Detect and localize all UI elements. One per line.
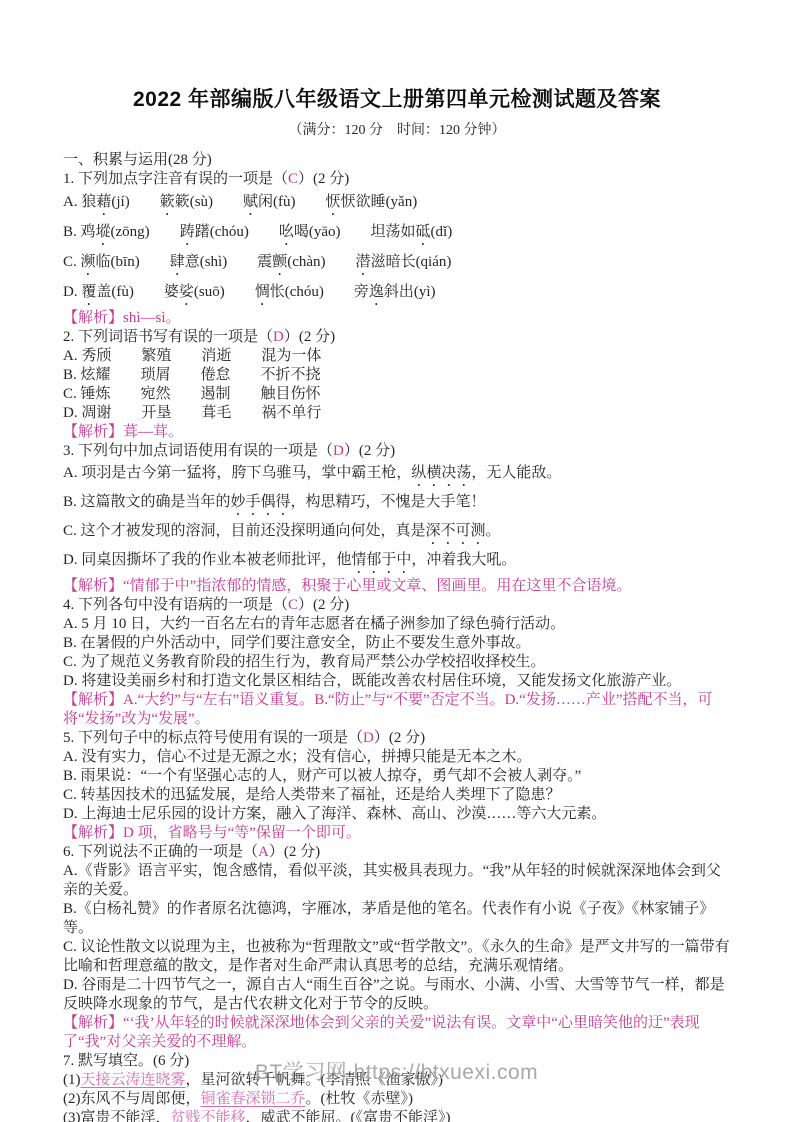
analysis-line: 【解析】葺—茸。 xyxy=(63,423,731,442)
text-segment: 。 xyxy=(486,523,501,539)
dotted-term: 惆 xyxy=(255,284,270,300)
analysis-text: 【解析】shì—sì。 xyxy=(63,310,181,326)
analysis-text: 【解析】A.“大约”与“左右”语义重复。B.“防止”与“不要”否定不当。D.“发… xyxy=(63,692,713,727)
answer-letter: C xyxy=(288,171,298,187)
text-segment: C. 这个才被发现的溶洞，目前还没探明通向何处，真是 xyxy=(63,523,426,539)
text-segment: C. 为了规范义务教育阶段的招生行为，教育局严禁公办学校招收择校生。 xyxy=(63,654,546,670)
option-row: C. 转基因技术的迅猛发展，是给人类带来了福祉，还是给人类埋下了隐患？ xyxy=(63,786,731,805)
text-segment: A.《背影》语言平实，饱含感情，看似平淡，其实极具表现力。“我”从年轻的时候就深… xyxy=(63,863,721,898)
option-row: B. 在暑假的户外活动中，同学们要注意安全，防止不要发生意外事故。 xyxy=(63,634,731,653)
analysis-line: 【解析】shì—sì。 xyxy=(63,309,731,328)
text-segment: (dǐ) xyxy=(431,224,453,240)
text-segment: ）(2 分) xyxy=(284,329,335,345)
answer-letter: D xyxy=(363,730,374,746)
text-segment: 盖(fù) 婆 xyxy=(96,284,179,300)
option-row: C. 濒临(bīn) 肆意(shì) 震颤(chàn) 潜滋暗长(qián) xyxy=(63,249,731,279)
text-segment: A. 秀颀 繁殖 消逝 混为一体 xyxy=(63,348,321,364)
text-segment: 2. 下列词语书写有误的一项是（ xyxy=(63,329,273,345)
question-stem: 3. 下列句中加点词语使用有误的一项是（D）(2 分) xyxy=(63,442,731,461)
dotted-term: 砥 xyxy=(416,224,431,240)
dotted-term: 藉 xyxy=(96,194,111,210)
text-segment: (3)富贵不能淫， xyxy=(63,1110,171,1122)
text-segment: C. 锤炼 宛然 遏制 触目伤怀 xyxy=(63,386,321,402)
text-segment: 喝(yāo) 坦荡如 xyxy=(294,224,416,240)
text-segment: A. 没有实力，信心不过是无源之水；没有信心，拼搏只能是无本之木。 xyxy=(63,749,531,765)
text-segment: 。(杜牧《赤壁》) xyxy=(306,1091,414,1107)
option-row: D. 谷雨是二十四节气之一，源自古人“雨生百谷”之说。与雨水、小满、小雪、大雪等… xyxy=(63,976,731,1014)
text-segment: D. 谷雨是二十四节气之一，源自古人“雨生百谷”之说。与雨水、小满、小雪、大雪等… xyxy=(63,977,725,1012)
text-segment: B. 炫耀 琐屑 倦怠 不折不挠 xyxy=(63,367,321,383)
text-segment: D. 上海迪士尼乐园的设计方案，融入了海洋、森林、高山、沙漠……等六大元素。 xyxy=(63,806,606,822)
text-segment: ）(2 分) xyxy=(298,597,349,613)
text-segment: D. xyxy=(63,284,81,300)
text-segment: (jí) xyxy=(111,194,159,210)
text-segment: 4. 下列各句中没有语病的一项是（ xyxy=(63,597,288,613)
text-segment: ）(2 分) xyxy=(344,443,395,459)
dotted-term: 㙡 xyxy=(96,224,111,240)
option-row: D. 覆盖(fù) 婆娑(suō) 惆怅(chóu) 旁逸斜出(yì) xyxy=(63,279,731,309)
dotted-term: 踌 xyxy=(180,224,195,240)
text-segment: (zōng) xyxy=(111,224,180,240)
watermark-text: BT学习网 https://btxuexi.com xyxy=(255,1061,538,1084)
option-row: C. 为了规范义务教育阶段的招生行为，教育局严禁公办学校招收择校生。 xyxy=(63,653,731,672)
option-row: A. 秀颀 繁殖 消逝 混为一体 xyxy=(63,347,731,366)
text-segment: ，无人能敌。 xyxy=(471,465,561,481)
dotted-term: 潜 xyxy=(356,254,371,270)
text-segment: ，构思精巧，不愧是大手笔！ xyxy=(291,494,486,510)
text-segment: 1. 下列加点字注音有误的一项是（ xyxy=(63,171,288,187)
text-segment: 临(bīn) xyxy=(96,254,170,270)
dotted-term: 深不可测 xyxy=(426,523,486,539)
text-segment: 一、积累与运用(28 分) xyxy=(63,152,212,168)
text-segment: A. 狼 xyxy=(63,194,96,210)
option-row: C. 这个才被发现的溶洞，目前还没探明通向何处，真是深不可测。 xyxy=(63,519,731,548)
analysis-text: 【解析】葺—茸。 xyxy=(63,424,183,440)
option-row: C. 议论性散文以说理为主，也被称为“哲理散文”或“哲学散文”。《永久的生命》是… xyxy=(63,938,731,976)
text-segment: 闲(fù) xyxy=(258,194,326,210)
option-row: B. 炫耀 琐屑 倦怠 不折不挠 xyxy=(63,366,731,385)
option-row: D. 上海迪士尼乐园的设计方案，融入了海洋、森林、高山、沙漠……等六大元素。 xyxy=(63,805,731,824)
fill-blank-line: (3)富贵不能淫，贫贱不能移，威武不能屈。(《富贵不能淫》) xyxy=(63,1109,731,1122)
text-segment: 意(shì) 震 xyxy=(185,254,273,270)
text-segment: 斜出(yì) xyxy=(384,284,436,300)
blank-answer: 贫贱不能移 xyxy=(171,1110,246,1122)
option-row: A. 没有实力，信心不过是无源之水；没有信心，拼搏只能是无本之木。 xyxy=(63,748,731,767)
text-segment: 躇(chóu) xyxy=(195,224,279,240)
document-page: 2022 年部编版八年级语文上册第四单元检测试题及答案 （满分：120 分 时间… xyxy=(0,0,793,1122)
dotted-term: 纵横决荡 xyxy=(411,465,471,481)
dotted-term: 娑 xyxy=(179,284,194,300)
text-segment: ）(2 分) xyxy=(298,171,349,187)
fill-blank-line: (2)东风不与周郎便，铜雀春深锁二乔。(杜牧《赤壁》) xyxy=(63,1090,731,1109)
text-segment: 怅(chóu) 旁 xyxy=(270,284,369,300)
section-heading: 一、积累与运用(28 分) xyxy=(63,151,731,170)
text-segment: (chàn) xyxy=(287,254,355,270)
dotted-term: 情郁于中 xyxy=(351,552,411,568)
option-row: B. 雨果说：“一个有坚强心志的人，财产可以被人掠夺，勇气却不会被人剥夺。” xyxy=(63,767,731,786)
text-segment: 3. 下列句中加点词语使用有误的一项是（ xyxy=(63,443,333,459)
text-segment: ）(2 分) xyxy=(269,844,320,860)
text-segment: B. 鸡 xyxy=(63,224,96,240)
text-segment: B. 雨果说：“一个有坚强心志的人，财产可以被人掠夺，勇气却不会被人剥夺。” xyxy=(63,768,581,784)
dotted-term: 逸 xyxy=(369,284,384,300)
question-stem: 4. 下列各句中没有语病的一项是（C）(2 分) xyxy=(63,596,731,615)
analysis-line: 【解析】“‘我’从年轻的时候就深深地体会到父亲的关爱”说法有误。文章中“心里暗笑… xyxy=(63,1014,731,1052)
option-row: B.《白杨礼赞》的作者原名沈德鸿，字雁冰，茅盾是他的笔名。代表作有小说《子夜》《… xyxy=(63,900,731,938)
analysis-text: 【解析】D 项，省略号与“等”保留一个即可。 xyxy=(63,825,361,841)
text-segment: B. 在暑假的户外活动中，同学们要注意安全，防止不要发生意外事故。 xyxy=(63,635,531,651)
dotted-term: 簌 xyxy=(160,194,175,210)
text-segment: C. xyxy=(63,254,81,270)
dotted-term: 覆 xyxy=(81,284,96,300)
dotted-term: 濒 xyxy=(81,254,96,270)
text-segment: D. 将建设美丽乡村和打造文化景区相结合，既能改善农村居住环境，又能发扬文化旅游… xyxy=(63,673,681,689)
question-stem: 5. 下列句子中的标点符号使用有误的一项是（D）(2 分) xyxy=(63,729,731,748)
text-segment: 6. 下列说法不正确的一项是（ xyxy=(63,844,258,860)
option-row: D. 凋谢 开垦 葺毛 祸不单行 xyxy=(63,404,731,423)
option-row: B. 这篇散文的确是当年的妙手偶得，构思精巧，不愧是大手笔！ xyxy=(63,490,731,519)
text-segment: 5. 下列句子中的标点符号使用有误的一项是（ xyxy=(63,730,363,746)
dotted-term: 赋 xyxy=(243,194,258,210)
analysis-line: 【解析】“情郁于中”指浓郁的情感，积聚于心里或文章、图画里。用在这里不合语境。 xyxy=(63,577,731,596)
option-row: A. 项羽是古今第一猛将，胯下乌骓马，掌中霸王枪，纵横决荡，无人能敌。 xyxy=(63,461,731,490)
text-segment: 滋暗长(qián) xyxy=(371,254,452,270)
dotted-term: 吆 xyxy=(279,224,294,240)
analysis-text: 【解析】“‘我’从年轻的时候就深深地体会到父亲的关爱”说法有误。文章中“心里暗笑… xyxy=(63,1015,700,1050)
text-segment: A. 项羽是古今第一猛将，胯下乌骓马，掌中霸王枪， xyxy=(63,465,411,481)
question-stem: 6. 下列说法不正确的一项是（A）(2 分) xyxy=(63,843,731,862)
text-segment: A. 5 月 10 日，大约一百名左右的青年志愿者在橘子洲参加了绿色骑行活动。 xyxy=(63,616,565,632)
dotted-term: 恹 xyxy=(326,194,341,210)
answer-letter: A xyxy=(258,844,269,860)
answer-letter: C xyxy=(288,597,298,613)
option-row: A.《背影》语言平实，饱含感情，看似平淡，其实极具表现力。“我”从年轻的时候就深… xyxy=(63,862,731,900)
option-row: D. 将建设美丽乡村和打造文化景区相结合，既能改善农村居住环境，又能发扬文化旅游… xyxy=(63,672,731,691)
text-segment: ，冲着我大吼。 xyxy=(411,552,516,568)
watermark: BT学习网 https://btxuexi.com xyxy=(0,1060,793,1086)
blank-answer: 铜雀春深锁二乔 xyxy=(201,1091,306,1107)
page-title: 2022 年部编版八年级语文上册第四单元检测试题及答案 xyxy=(63,86,731,114)
text-segment: B.《白杨礼赞》的作者原名沈德鸿，字雁冰，茅盾是他的笔名。代表作有小说《子夜》《… xyxy=(63,901,714,936)
text-segment: C. 议论性散文以说理为主，也被称为“哲理散文”或“哲学散文”。《永久的生命》是… xyxy=(63,939,730,974)
dotted-term: 妙手偶得 xyxy=(231,494,291,510)
text-segment: ）(2 分) xyxy=(374,730,425,746)
option-row: A. 狼藉(jí) 簌簌(sù) 赋闲(fù) 恹恹欲睡(yǎn) xyxy=(63,189,731,219)
dotted-term: 颤 xyxy=(272,254,287,270)
option-row: C. 锤炼 宛然 遏制 触目伤怀 xyxy=(63,385,731,404)
answer-letter: D xyxy=(333,443,344,459)
text-segment: (2)东风不与周郎便， xyxy=(63,1091,201,1107)
text-segment: 恹欲睡(yǎn) xyxy=(341,194,418,210)
text-segment: B. 这篇散文的确是当年的 xyxy=(63,494,231,510)
analysis-line: 【解析】A.“大约”与“左右”语义重复。B.“防止”与“不要”否定不当。D.“发… xyxy=(63,691,731,729)
analysis-text: 【解析】“情郁于中”指浓郁的情感，积聚于心里或文章、图画里。用在这里不合语境。 xyxy=(63,578,631,594)
option-row: B. 鸡㙡(zōng) 踌躇(chóu) 吆喝(yāo) 坦荡如砥(dǐ) xyxy=(63,219,731,249)
document-body: 一、积累与运用(28 分)1. 下列加点字注音有误的一项是（C）(2 分)A. … xyxy=(63,151,731,1122)
dotted-term: 肆 xyxy=(170,254,185,270)
option-row: D. 同桌因撕坏了我的作业本被老师批评，他情郁于中，冲着我大吼。 xyxy=(63,548,731,577)
text-segment: D. 同桌因撕坏了我的作业本被老师批评，他 xyxy=(63,552,351,568)
text-segment: 簌(sù) xyxy=(175,194,243,210)
exam-info: （满分：120 分 时间：120 分钟） xyxy=(63,122,731,140)
text-segment: ，威武不能屈。(《富贵不能淫》) xyxy=(246,1110,451,1122)
analysis-line: 【解析】D 项，省略号与“等”保留一个即可。 xyxy=(63,824,731,843)
question-stem: 1. 下列加点字注音有误的一项是（C）(2 分) xyxy=(63,170,731,189)
option-row: A. 5 月 10 日，大约一百名左右的青年志愿者在橘子洲参加了绿色骑行活动。 xyxy=(63,615,731,634)
answer-letter: D xyxy=(273,329,284,345)
text-segment: C. 转基因技术的迅猛发展，是给人类带来了福祉，还是给人类埋下了隐患？ xyxy=(63,787,561,803)
question-stem: 2. 下列词语书写有误的一项是（D）(2 分) xyxy=(63,328,731,347)
text-segment: (suō) xyxy=(194,284,255,300)
text-segment: D. 凋谢 开垦 葺毛 祸不单行 xyxy=(63,405,321,421)
